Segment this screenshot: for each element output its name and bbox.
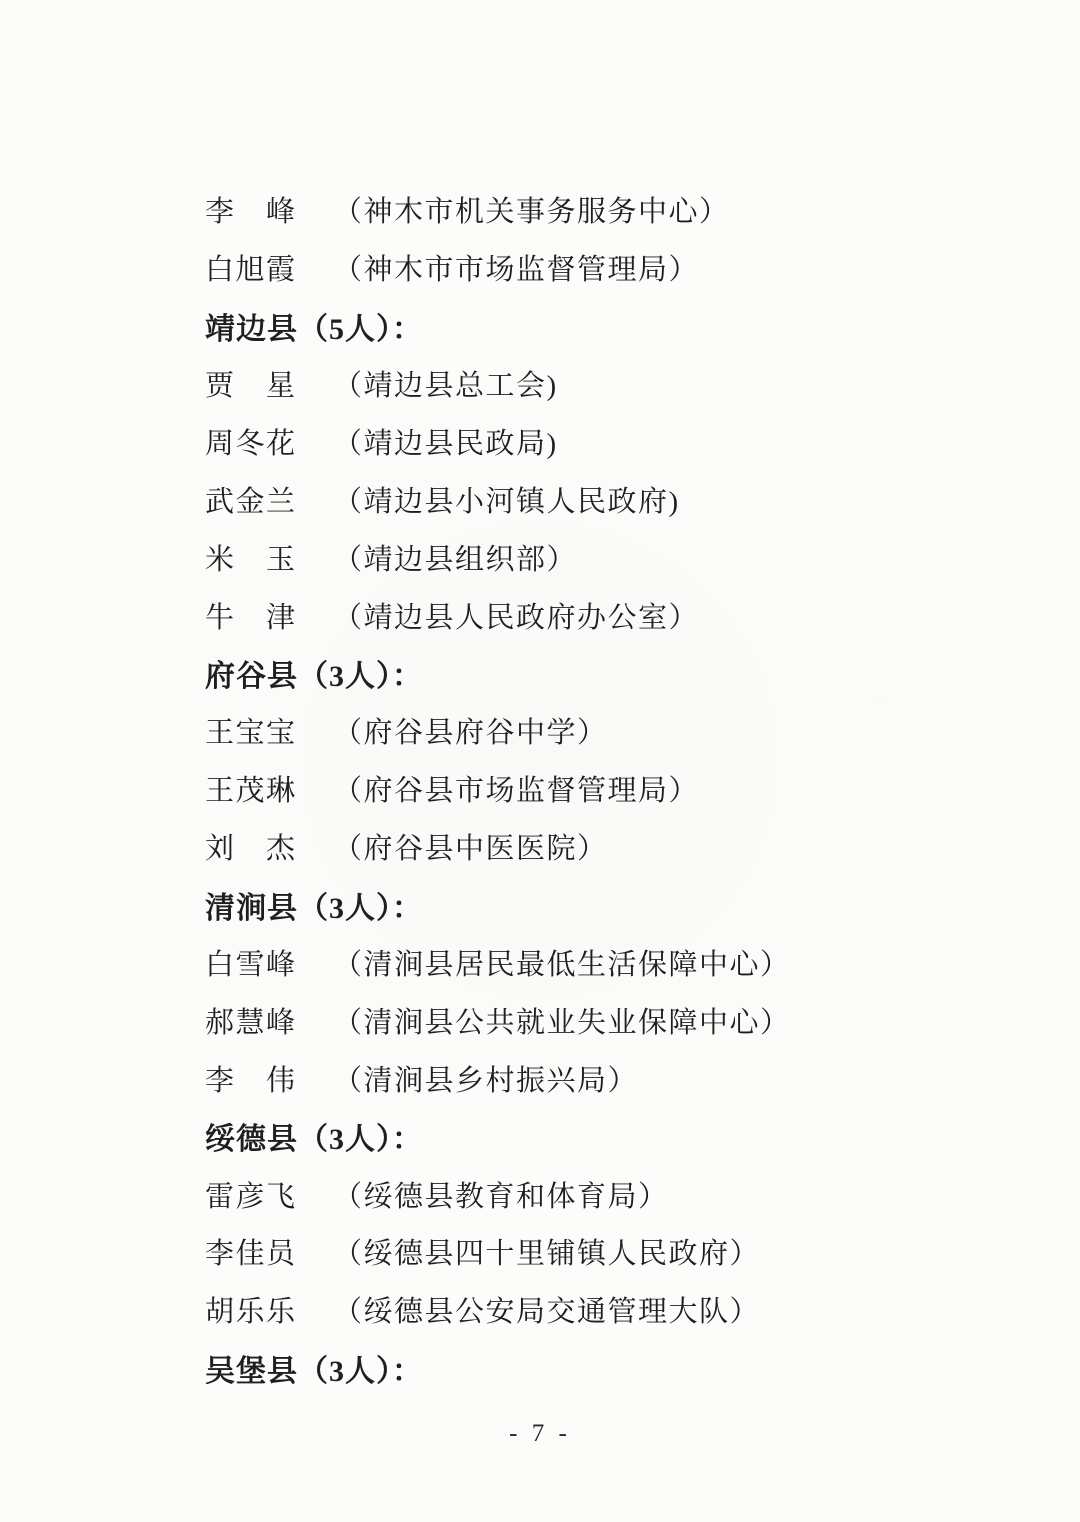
person-name: 刘 杰 (205, 826, 333, 867)
roster-entry: 贾 星 （靖边县总工会) (205, 355, 925, 413)
person-name: 李 峰 (205, 189, 333, 230)
person-name: 李 伟 (205, 1058, 333, 1099)
roster-entry: 武金兰 （靖边县小河镇人民政府) (205, 470, 925, 528)
person-organization: （清涧县居民最低生活保障中心） (333, 942, 791, 983)
person-organization: （神木市市场监督管理局） (333, 247, 699, 288)
roster-entry: 郝慧峰 （清涧县公共就业失业保障中心） (205, 991, 925, 1049)
person-organization: （绥德县公安局交通管理大队） (333, 1289, 760, 1330)
person-organization: （绥德县四十里铺镇人民政府） (333, 1231, 760, 1272)
person-organization: （靖边县人民政府办公室） (333, 595, 699, 636)
person-organization: （神木市机关事务服务中心） (333, 189, 730, 230)
person-organization: （绥德县教育和体育局） (333, 1174, 669, 1215)
county-heading: 清涧县（3人）： (205, 876, 925, 934)
person-name: 牛 津 (205, 595, 333, 636)
roster-entry: 白雪峰 （清涧县居民最低生活保障中心） (205, 934, 925, 992)
person-name: 武金兰 (205, 479, 333, 520)
roster-entry: 周冬花 （靖边县民政局) (205, 413, 925, 471)
person-organization: （靖边县总工会) (333, 363, 558, 404)
person-name: 白雪峰 (205, 942, 333, 983)
roster-entry: 李佳员 （绥德县四十里铺镇人民政府） (205, 1223, 925, 1281)
person-organization: （府谷县市场监督管理局） (333, 768, 699, 809)
roster-list: 李 峰 （神木市机关事务服务中心） 白旭霞 （神木市市场监督管理局） 靖边县（5… (205, 181, 925, 1397)
person-organization: （府谷县府谷中学） (333, 710, 608, 751)
county-heading: 靖边县（5人）： (205, 297, 925, 355)
roster-entry: 米 玉 （靖边县组织部） (205, 528, 925, 586)
roster-entry: 胡乐乐 （绥德县公安局交通管理大队） (205, 1281, 925, 1339)
roster-entry: 牛 津 （靖边县人民政府办公室） (205, 586, 925, 644)
person-name: 王茂琳 (205, 768, 333, 809)
roster-entry: 雷彦飞 （绥德县教育和体育局） (205, 1165, 925, 1223)
county-heading: 绥德县（3人）： (205, 1107, 925, 1165)
person-organization: （靖边县小河镇人民政府) (333, 479, 680, 520)
person-name: 周冬花 (205, 421, 333, 462)
person-organization: （靖边县民政局) (333, 421, 558, 462)
person-name: 白旭霞 (205, 247, 333, 288)
scanned-document-page: 李 峰 （神木市机关事务服务中心） 白旭霞 （神木市市场监督管理局） 靖边县（5… (0, 0, 1080, 1522)
person-organization: （府谷县中医医院） (333, 826, 608, 867)
roster-entry: 李 峰 （神木市机关事务服务中心） (205, 181, 925, 239)
county-heading: 府谷县（3人）： (205, 644, 925, 702)
person-name: 胡乐乐 (205, 1289, 333, 1330)
roster-entry: 白旭霞 （神木市市场监督管理局） (205, 239, 925, 297)
page-number: - 7 - (0, 1420, 1080, 1448)
person-name: 李佳员 (205, 1231, 333, 1272)
person-name: 王宝宝 (205, 710, 333, 751)
person-organization: （清涧县公共就业失业保障中心） (333, 1000, 791, 1041)
person-name: 郝慧峰 (205, 1000, 333, 1041)
roster-entry: 李 伟 （清涧县乡村振兴局） (205, 1049, 925, 1107)
roster-entry: 王宝宝 （府谷县府谷中学） (205, 702, 925, 760)
person-name: 米 玉 (205, 537, 333, 578)
person-organization: （清涧县乡村振兴局） (333, 1058, 638, 1099)
person-name: 雷彦飞 (205, 1174, 333, 1215)
county-heading: 吴堡县（3人）： (205, 1339, 925, 1397)
roster-entry: 王茂琳 （府谷县市场监督管理局） (205, 760, 925, 818)
person-name: 贾 星 (205, 363, 333, 404)
person-organization: （靖边县组织部） (333, 537, 577, 578)
roster-entry: 刘 杰 （府谷县中医医院） (205, 818, 925, 876)
